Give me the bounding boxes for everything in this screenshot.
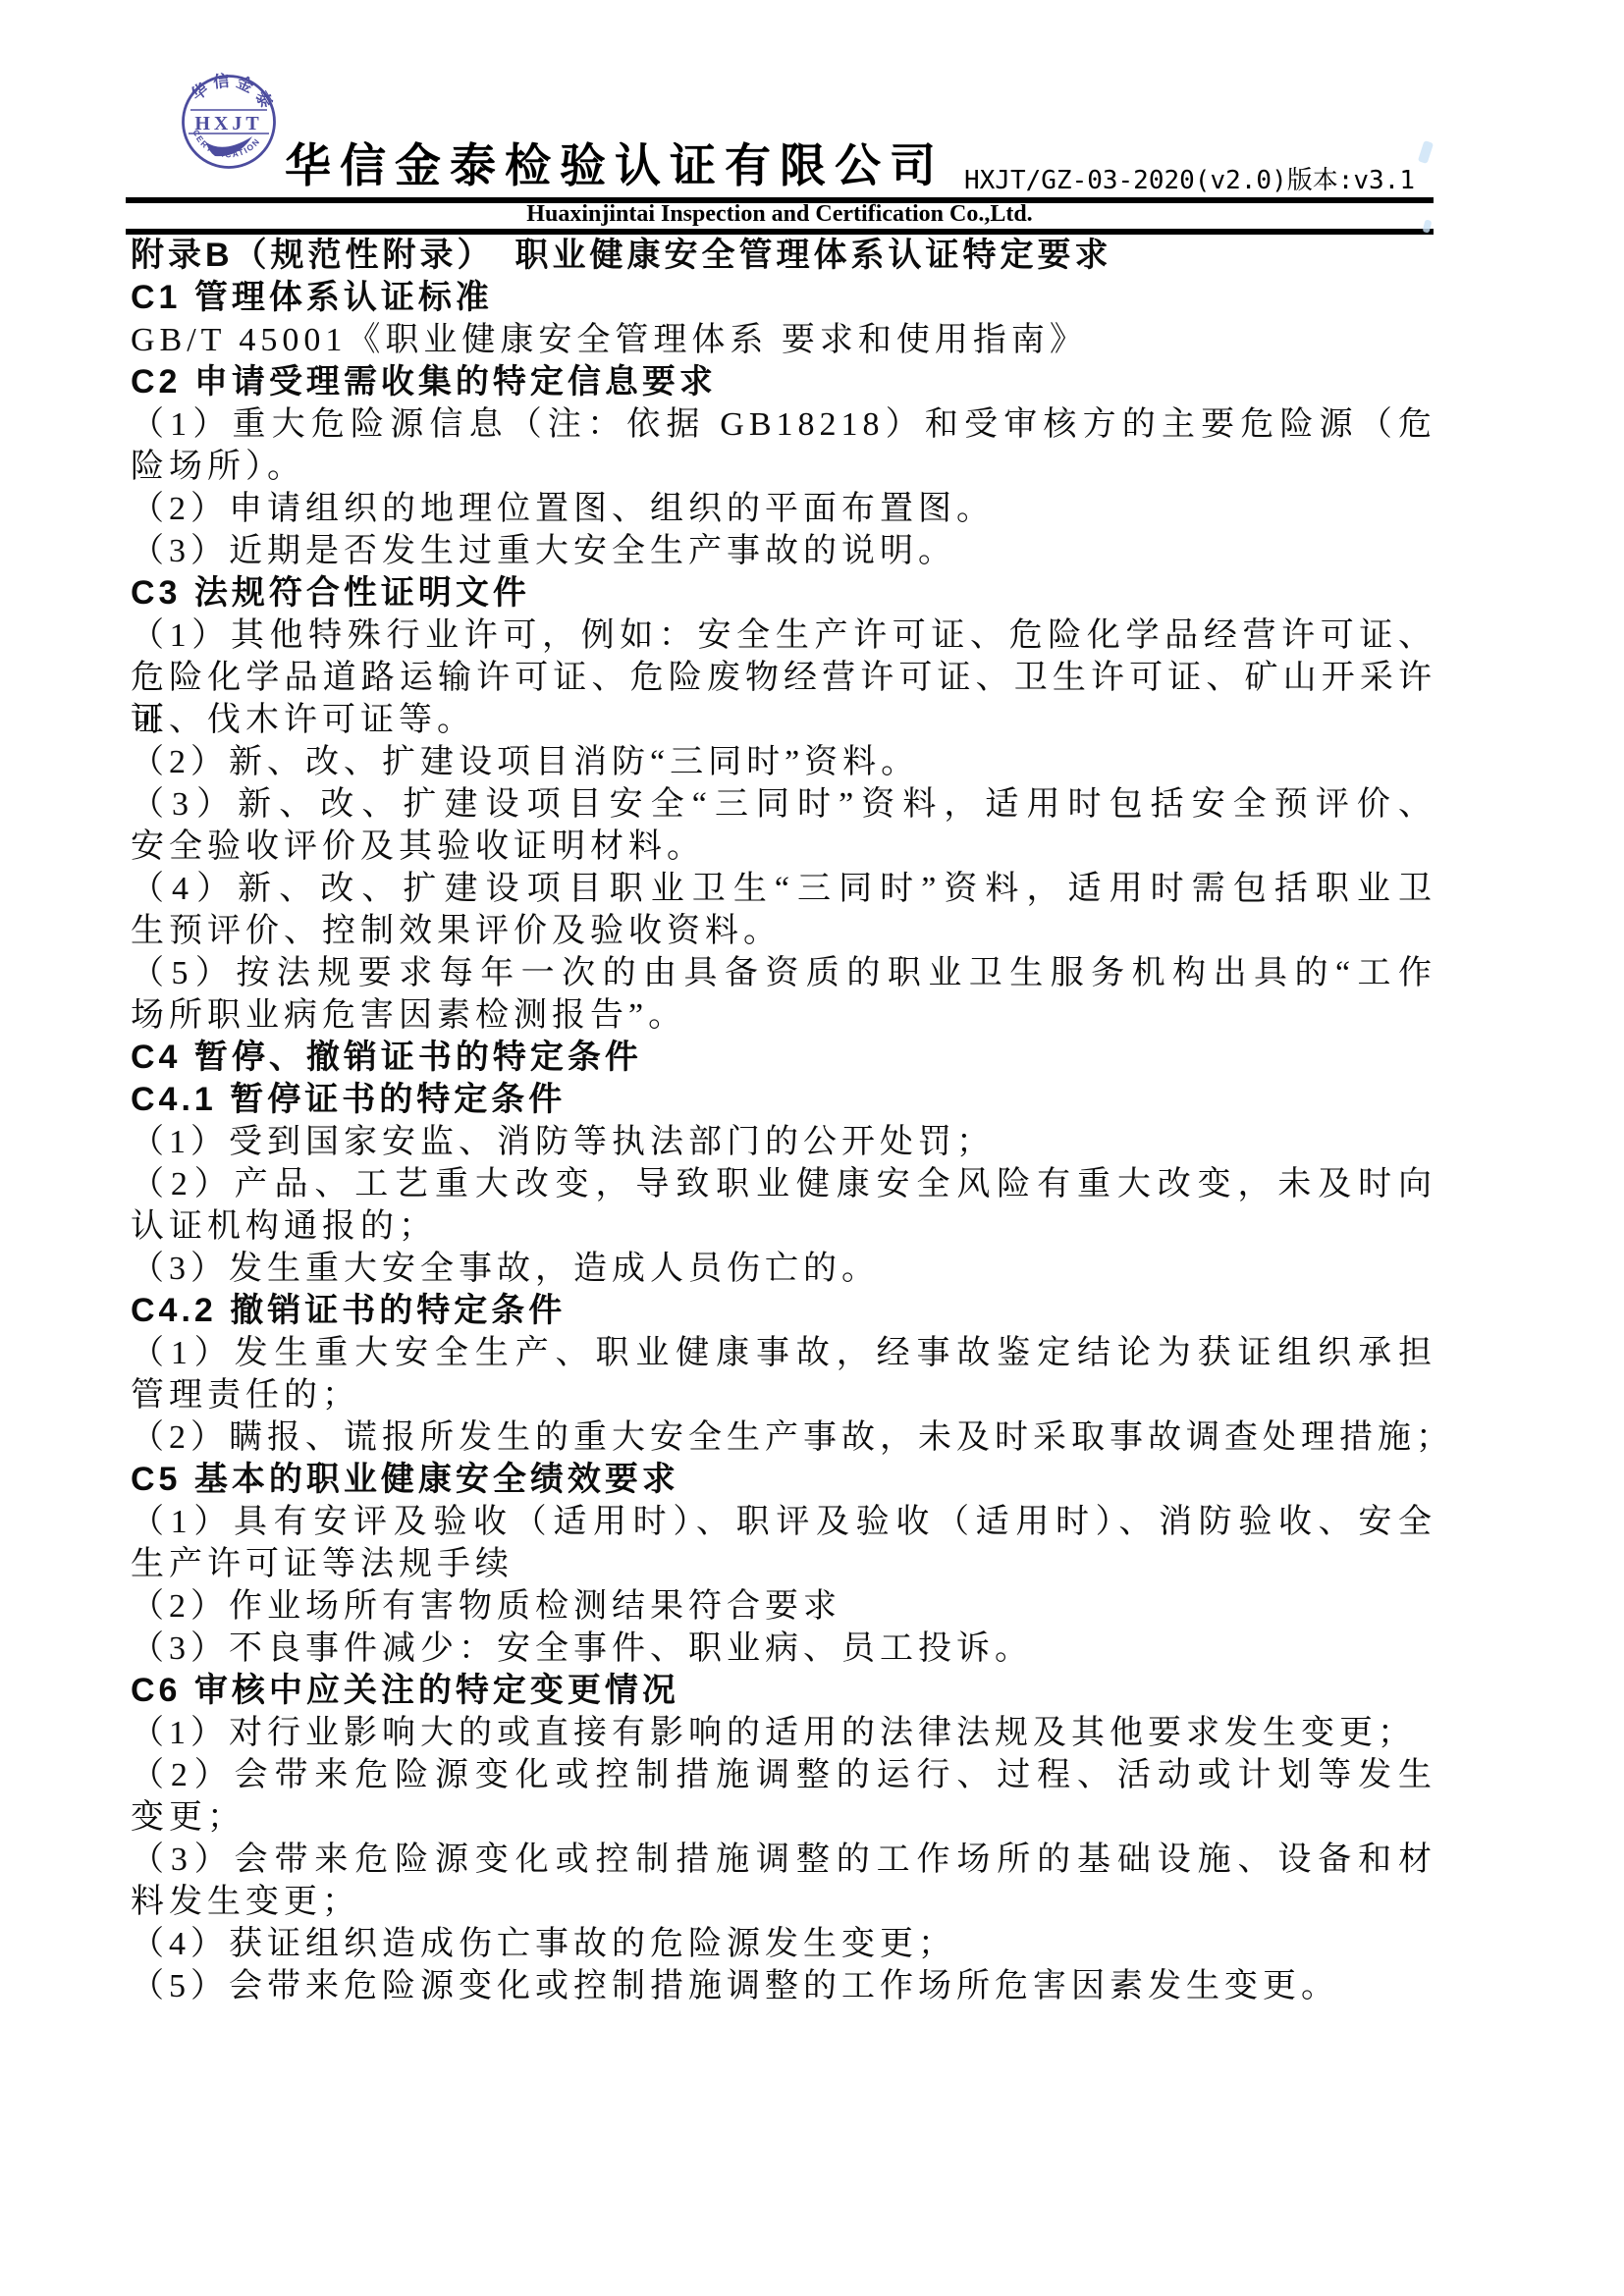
document-text-line: 料发生变更； (131, 1881, 1436, 1923)
company-seal-logo: 华信金泰 HXJT CERTIFICATION (180, 69, 278, 177)
document-text-line: （4）新、改、扩建设项目职业卫生“三同时”资料，适用时需包括职业卫 (131, 868, 1436, 910)
document-code: HXJT/GZ-03-2020(v2.0)版本:v3.1 (964, 160, 1415, 196)
document-page: 华信金泰 HXJT CERTIFICATION 华信金泰检验认证有限公司 HXJ… (0, 0, 1624, 2296)
company-name-en: Huaxinjintai Inspection and Certificatio… (126, 201, 1434, 228)
document-text-line: （1）对行业影响大的或直接有影响的适用的法律法规及其他要求发生变更； (131, 1712, 1436, 1754)
document-text-line: 证、伐木许可证等。 (131, 699, 1436, 741)
document-text-line: （2）产品、工艺重大改变，导致职业健康安全风险有重大改变，未及时向 (131, 1163, 1436, 1205)
document-text-line: （1）受到国家安监、消防等执法部门的公开处罚； (131, 1121, 1436, 1163)
section-heading-line: C2 申请受理需收集的特定信息要求 (131, 361, 1436, 403)
document-text-line: （5）会带来危险源变化或控制措施调整的工作场所危害因素发生变更。 (131, 1965, 1436, 2007)
document-text-line: （2）作业场所有害物质检测结果符合要求 (131, 1585, 1436, 1628)
document-text-line: （3）新、改、扩建设项目安全“三同时”资料，适用时包括安全预评价、 (131, 783, 1436, 826)
section-heading-line: 附录B（规范性附录） 职业健康安全管理体系认证特定要求 (131, 235, 1436, 277)
scan-artifact (1418, 140, 1434, 164)
document-text-line: （2）新、改、扩建设项目消防“三同时”资料。 (131, 741, 1436, 783)
page-root: { "page": {"width": 1654, "height": 2339… (0, 0, 1624, 2296)
document-text-line: （1）发生重大安全生产、职业健康事故，经事故鉴定结论为获证组织承担 (131, 1332, 1436, 1374)
section-heading-line: C4.1 暂停证书的特定条件 (131, 1079, 1436, 1121)
section-heading-line: C1 管理体系认证标准 (131, 277, 1436, 319)
document-body: 附录B（规范性附录） 职业健康安全管理体系认证特定要求C1 管理体系认证标准GB… (131, 235, 1436, 2007)
document-text-line: （1）其他特殊行业许可，例如：安全生产许可证、危险化学品经营许可证、 (131, 614, 1436, 657)
document-text-line: 变更； (131, 1796, 1436, 1839)
document-text-line: GB/T 45001《职业健康安全管理体系 要求和使用指南》 (131, 319, 1436, 361)
section-heading-line: C3 法规符合性证明文件 (131, 572, 1436, 614)
document-text-line: （3）发生重大安全事故，造成人员伤亡的。 (131, 1248, 1436, 1290)
document-text-line: （2）会带来危险源变化或控制措施调整的运行、过程、活动或计划等发生 (131, 1754, 1436, 1796)
document-text-line: 场所职业病危害因素检测报告”。 (131, 994, 1436, 1037)
company-name-zh: 华信金泰检验认证有限公司 (285, 141, 945, 192)
document-text-line: （1）重大危险源信息（注：依据 GB18218）和受审核方的主要危险源（危 (131, 403, 1436, 446)
document-text-line: （3）近期是否发生过重大安全生产事故的说明。 (131, 530, 1436, 572)
document-text-line: 危险化学品道路运输许可证、危险废物经营许可证、卫生许可证、矿山开采许可 (131, 657, 1436, 699)
document-text-line: （4）获证组织造成伤亡事故的危险源发生变更； (131, 1923, 1436, 1965)
section-heading-line: C4 暂停、撤销证书的特定条件 (131, 1037, 1436, 1079)
document-text-line: 管理责任的； (131, 1374, 1436, 1416)
section-heading-line: C5 基本的职业健康安全绩效要求 (131, 1459, 1436, 1501)
document-text-line: 生预评价、控制效果评价及验收资料。 (131, 910, 1436, 952)
document-text-line: （2）申请组织的地理位置图、组织的平面布置图。 (131, 488, 1436, 530)
document-text-line: （1）具有安评及验收（适用时）、职评及验收（适用时）、消防验收、安全 (131, 1501, 1436, 1543)
document-text-line: （3）不良事件减少：安全事件、职业病、员工投诉。 (131, 1628, 1436, 1670)
document-text-line: 生产许可证等法规手续 (131, 1543, 1436, 1585)
section-heading-line: C6 审核中应关注的特定变更情况 (131, 1670, 1436, 1712)
document-text-line: （2）瞒报、谎报所发生的重大安全生产事故，未及时采取事故调查处理措施； (131, 1416, 1436, 1459)
seal-monogram: HXJT (194, 113, 262, 134)
section-heading-line: C4.2 撤销证书的特定条件 (131, 1290, 1436, 1332)
document-text-line: 认证机构通报的； (131, 1205, 1436, 1248)
document-text-line: 安全验收评价及其验收证明材料。 (131, 826, 1436, 868)
document-text-line: （3）会带来危险源变化或控制措施调整的工作场所的基础设施、设备和材 (131, 1839, 1436, 1881)
document-text-line: 险场所）。 (131, 446, 1436, 488)
document-text-line: （5）按法规要求每年一次的由具备资质的职业卫生服务机构出具的“工作 (131, 952, 1436, 994)
